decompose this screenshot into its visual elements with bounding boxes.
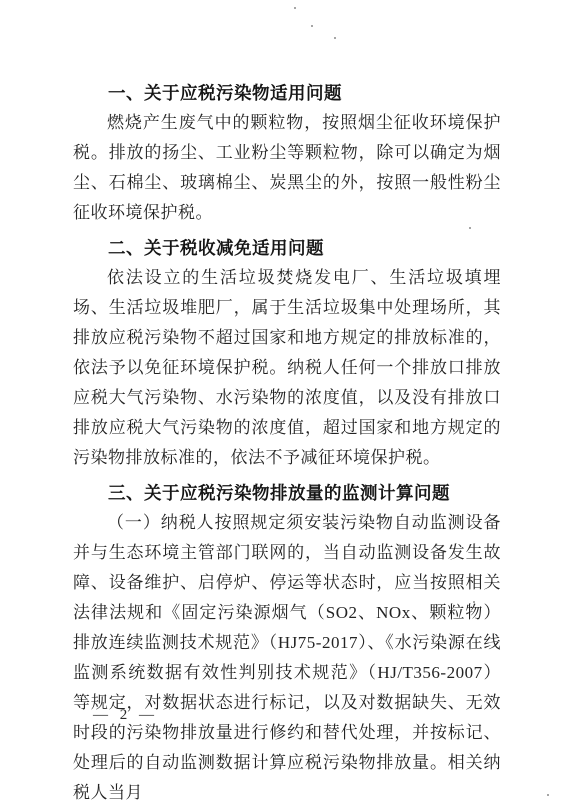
document-body: 一、关于应税污染物适用问题燃烧产生废气中的颗粒物，按照烟尘征收环境保护税。排放的… [73, 78, 501, 806]
document-page: 一、关于应税污染物适用问题燃烧产生废气中的颗粒物，按照烟尘征收环境保护税。排放的… [0, 0, 572, 806]
paragraph: 依法设立的生活垃圾焚烧发电厂、生活垃圾填埋场、生活垃圾堆肥厂，属于生活垃圾集中处… [73, 263, 501, 473]
paragraph: 燃烧产生废气中的颗粒物，按照烟尘征收环境保护税。排放的扬尘、工业粉尘等颗粒物，除… [73, 108, 501, 228]
scan-speck [469, 227, 471, 229]
scan-speck [294, 7, 296, 9]
scan-speck [547, 794, 549, 796]
section-heading: 二、关于税收减免适用问题 [73, 233, 501, 263]
scan-speck [311, 25, 313, 27]
page-number: — 2 — [93, 703, 158, 727]
section-heading: 三、关于应税污染物排放量的监测计算问题 [73, 478, 501, 508]
section-heading: 一、关于应税污染物适用问题 [73, 78, 501, 108]
scan-speck [334, 37, 336, 39]
scan-speck [473, 601, 475, 603]
paragraph: （一）纳税人按照规定须安装污染物自动监测设备并与生态环境主管部门联网的，当自动监… [73, 508, 501, 806]
